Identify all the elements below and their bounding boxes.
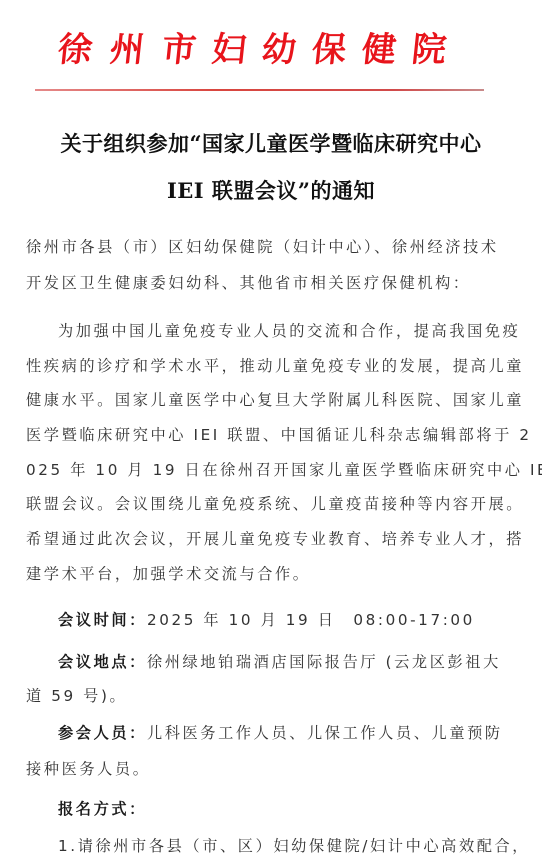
masthead-char: 院 bbox=[410, 28, 449, 72]
attendees-value: 儿科医务工作人员、儿保工作人员、儿童预防 bbox=[147, 724, 503, 742]
masthead-char: 健 bbox=[360, 28, 399, 72]
masthead-char: 州 bbox=[108, 28, 147, 72]
document-title-line-2: IEI 联盟会议”的通知 bbox=[0, 175, 542, 205]
meeting-place-label: 会议地点： bbox=[58, 653, 147, 671]
paragraph-line: 希望通过此次会议，开展儿童免疫专业教育、培养专业人才，搭 bbox=[26, 529, 500, 549]
paragraph-line: 025 年 10 月 19 日在徐州召开国家儿童医学暨临床研究中心 IEI bbox=[26, 460, 500, 480]
meeting-time-value: 2025 年 10 月 19 日 08:00-17:00 bbox=[147, 611, 475, 629]
masthead-char: 幼 bbox=[260, 28, 299, 72]
paragraph-line: 医学暨临床研究中心 IEI 联盟、中国循证儿科杂志编辑部将于 2 bbox=[26, 425, 500, 445]
meeting-place: 会议地点：徐州绿地铂瑞酒店国际报告厅 (云龙区彭祖大 bbox=[58, 652, 500, 672]
salutation-line: 徐州市各县（市）区妇幼保健院（妇计中心）、徐州经济技术 bbox=[26, 237, 500, 257]
attendees-continued: 接种医务人员。 bbox=[26, 759, 500, 779]
masthead-char: 市 bbox=[160, 28, 199, 72]
document-title-line-1: 关于组织参加“国家儿童医学暨临床研究中心 bbox=[0, 128, 542, 158]
masthead-char: 徐 bbox=[56, 28, 95, 72]
registration-item: 1.请徐州市各县（市、区）妇幼保健院/妇计中心高效配合， bbox=[58, 836, 500, 856]
paragraph-line: 联盟会议。会议围绕儿童免疫系统、儿童疫苗接种等内容开展。 bbox=[26, 494, 500, 514]
registration-heading: 报名方式： bbox=[58, 799, 500, 819]
paragraph-line: 为加强中国儿童免疫专业人员的交流和合作，提高我国免疫 bbox=[58, 321, 500, 341]
masthead-char: 保 bbox=[310, 28, 349, 72]
meeting-time: 会议时间：2025 年 10 月 19 日 08:00-17:00 bbox=[58, 610, 500, 630]
paragraph-line: 健康水平。国家儿童医学中心复旦大学附属儿科医院、国家儿童 bbox=[26, 390, 500, 410]
masthead: 徐 州 市 妇 幼 保 健 院 bbox=[0, 28, 542, 72]
paragraph-line: 性疾病的诊疗和学术水平，推动儿童免疫专业的发展，提高儿童 bbox=[26, 356, 500, 376]
attendees: 参会人员：儿科医务工作人员、儿保工作人员、儿童预防 bbox=[58, 723, 500, 743]
attendees-label: 参会人员： bbox=[58, 724, 147, 742]
paragraph-line: 建学术平台，加强学术交流与合作。 bbox=[26, 564, 500, 584]
meeting-place-value: 徐州绿地铂瑞酒店国际报告厅 (云龙区彭祖大 bbox=[147, 653, 501, 671]
masthead-divider bbox=[35, 89, 484, 91]
masthead-char: 妇 bbox=[210, 28, 249, 72]
salutation-line: 开发区卫生健康委妇幼科、其他省市相关医疗保健机构： bbox=[26, 273, 500, 293]
meeting-time-label: 会议时间： bbox=[58, 611, 147, 629]
meeting-place-continued: 道 59 号)。 bbox=[26, 686, 500, 706]
